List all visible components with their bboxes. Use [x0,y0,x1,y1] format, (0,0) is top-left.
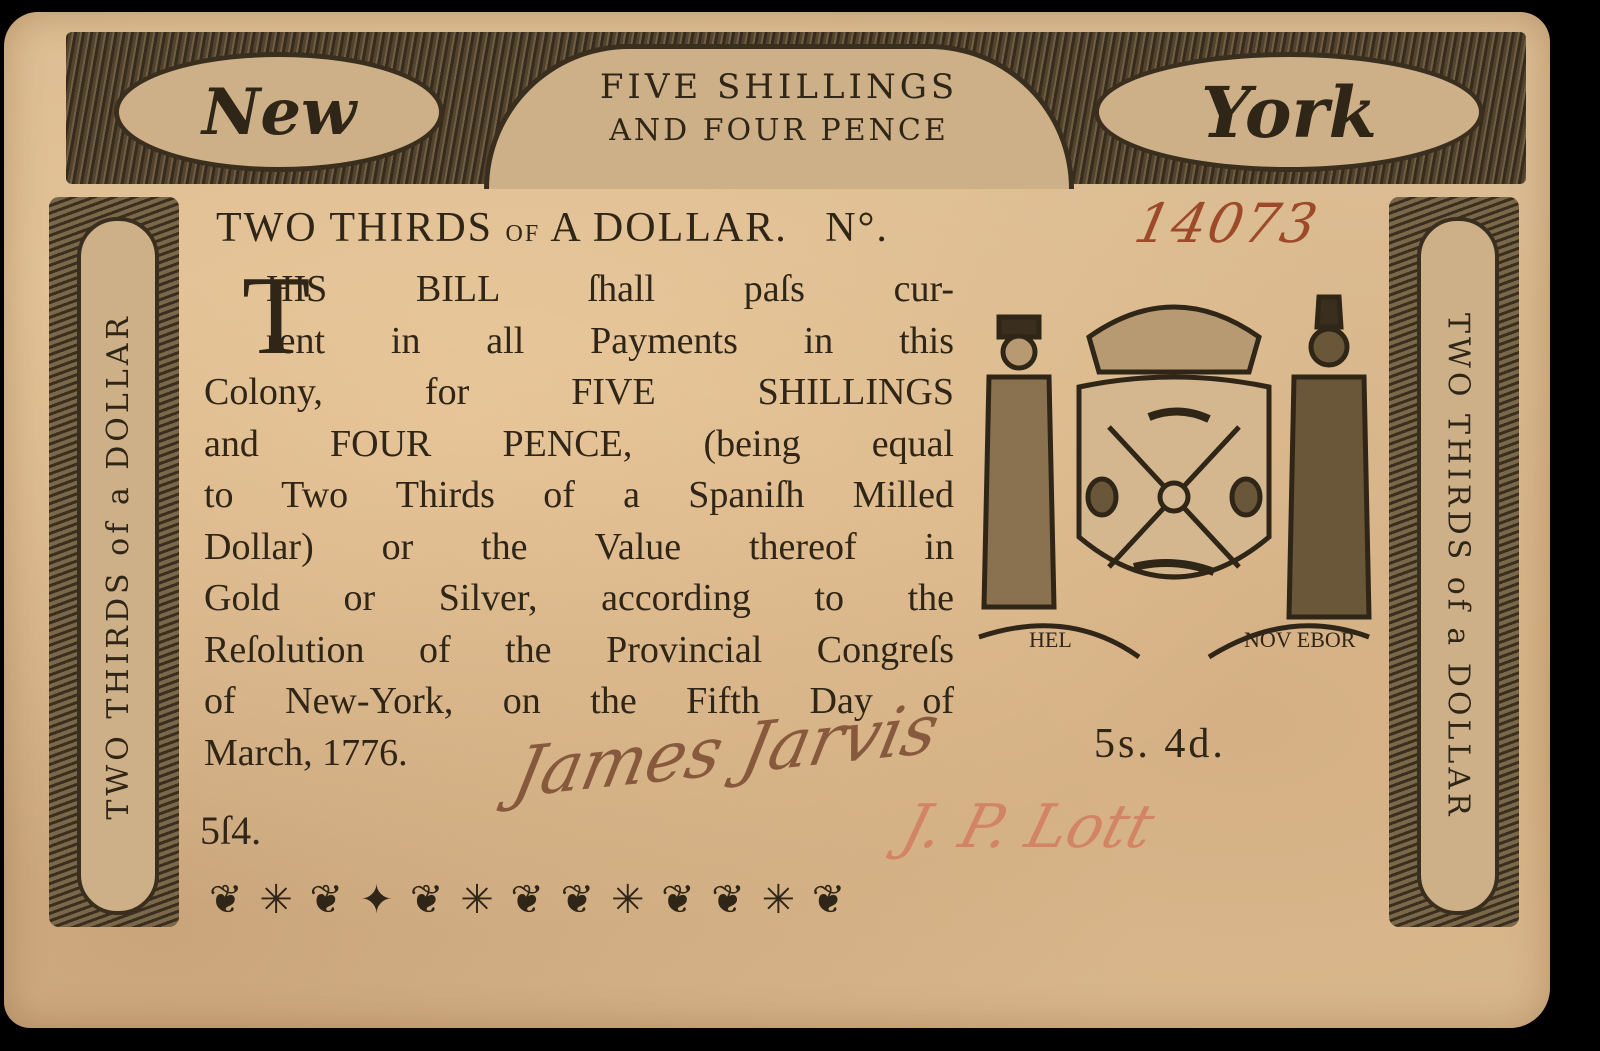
headline-of: OF [506,221,541,247]
headline-part2: A DOLLAR. [550,205,787,251]
left-ribbon: TWO THIRDS of a DOLLAR [77,217,159,915]
body-line: Colony, for FIVE SHILLINGS [204,367,954,419]
headline-part1: TWO THIRDS [216,205,493,251]
york-script-text: York [1201,71,1377,154]
left-ribbon-text: TWO THIRDS of a DOLLAR [101,313,136,820]
serial-number: 14073 [1129,192,1324,255]
top-center-arch: FIVE SHILLINGS AND FOUR PENCE [484,44,1074,189]
number-label: N°. [825,205,889,251]
body-line: Dollar) or the Value thereof in [204,522,954,574]
body-line: rent in all Payments in this [204,316,954,368]
headline: TWO THIRDS OF A DOLLAR. N°. [216,204,889,252]
ornament-row: ❦ ✳ ❦ ✦ ❦ ✳ ❦ ❦ ✳ ❦ ❦ ✳ ❦ [209,877,847,923]
body-line: Reſolution of the Provincial Congreſs [204,625,954,677]
body-line: Gold or Silver, according to the [204,573,954,625]
seal-motto-right: NOV EBOR [1244,627,1356,652]
coat-of-arms-illustration: HEL NOV EBOR [969,277,1379,697]
left-border-panel: TWO THIRDS of a DOLLAR [49,197,179,927]
body-line: to Two Thirds of a Spaniſh Milled [204,470,954,522]
bottom-ornamental-border: ❦ ✳ ❦ ✦ ❦ ✳ ❦ ❦ ✳ ❦ ❦ ✳ ❦ [209,872,1379,928]
banknote: New FIVE SHILLINGS AND FOUR PENCE York T… [4,12,1550,1028]
top-left-cartouche: New [114,52,444,172]
right-ribbon: TWO THIRDS of a DOLLAR [1417,217,1499,915]
body-line: and FOUR PENCE, (being equal [204,419,954,471]
right-ribbon-text: TWO THIRDS of a DOLLAR [1441,313,1476,820]
denomination: 5s. 4d. [1094,720,1226,768]
top-right-cartouche: York [1094,52,1484,172]
right-border-panel: TWO THIRDS of a DOLLAR [1389,197,1519,927]
countersignature: J. P. Lott [895,792,1162,862]
short-denomination: 5ſ4. [200,807,261,854]
body-line: HIS BILL ſhall paſs cur- [204,264,954,316]
arch-line-1: FIVE SHILLINGS [489,67,1069,107]
arch-line-2: AND FOUR PENCE [489,113,1069,148]
seal-motto-left: HEL [1029,627,1072,652]
new-script-text: New [202,75,356,150]
